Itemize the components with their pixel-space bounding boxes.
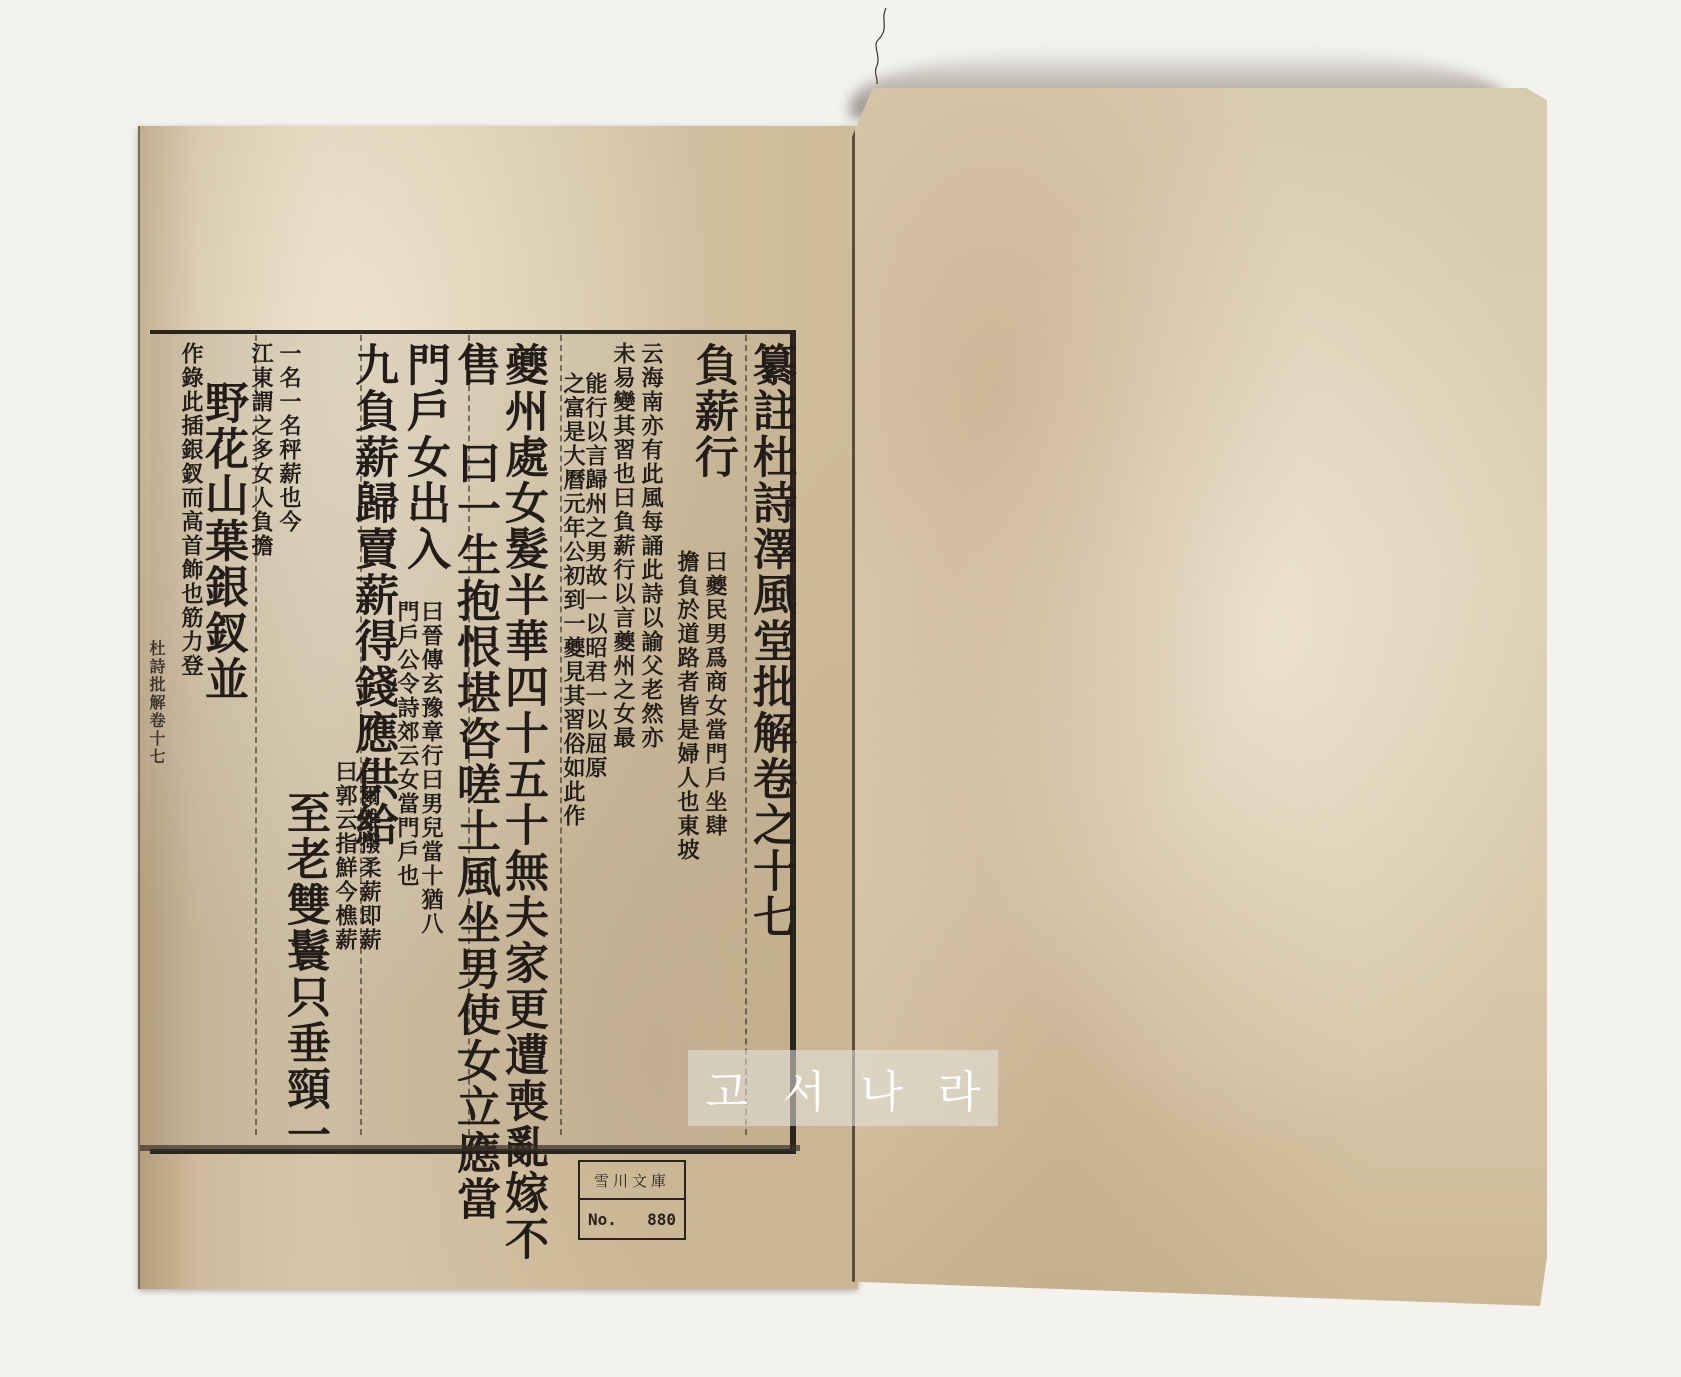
bottom-border-line: [140, 1145, 800, 1151]
text-column: 野花山葉銀釵並: [200, 380, 244, 702]
title-column: 纂註杜詩澤風堂批解卷之十七: [748, 342, 792, 940]
annotation-column: 曰郭云指鮮今樵薪: [334, 760, 356, 952]
annotation-column: 之富是大曆元年公初到一夔見其習俗如此作: [562, 372, 584, 828]
stamp-number-row: No. 880: [580, 1200, 684, 1238]
watermark-char: 고: [705, 1056, 748, 1120]
watermark-char: 나: [860, 1056, 903, 1120]
scene: 纂註杜詩澤風堂批解卷之十七 負薪行 曰夔民男爲商女當門戶坐肆 擔負於道路者皆是婦…: [0, 0, 1681, 1377]
text-column: 曰一生抱恨堪咨嗟土風坐男使女立應當: [452, 440, 496, 1222]
annotation-column: 曰爾雅撥柔薪即薪: [358, 760, 380, 952]
annotation-column: 作錄此插銀釵而高首飾也筋力登: [180, 342, 202, 678]
annotation-column: 曰夔民男爲商女當門戶坐肆: [704, 550, 726, 838]
stamp-library-name: 雪川文庫: [580, 1162, 684, 1200]
watermark-char: 라: [938, 1056, 981, 1120]
annotation-column: 云海南亦有此風每誦此詩以諭父老然亦: [640, 342, 662, 750]
annotation-column: 未易變其習也曰負薪行以言夔州之女最: [612, 342, 634, 750]
watermark: 고 서 나 라: [688, 1050, 998, 1126]
annotation-column: 能行以言歸州之男故一以昭君一以屈原: [584, 372, 606, 780]
watermark-char: 서: [783, 1056, 826, 1120]
stamp-number: 880: [647, 1210, 676, 1229]
annotation-column: 一名一名秤薪也今: [278, 342, 300, 534]
text-column: 門戶女出入: [402, 342, 446, 572]
text-column: 負薪行: [690, 342, 734, 480]
stray-hair: [868, 6, 898, 86]
annotation-column: 擔負於道路者皆是婦人也東坡: [676, 550, 698, 862]
text-column: 至老雙鬟只垂頸一: [282, 790, 326, 1158]
annotation-column: 江東謂之多女人負擔: [250, 342, 272, 558]
text-column: 售: [452, 342, 496, 388]
library-stamp: 雪川文庫 No. 880: [578, 1160, 686, 1240]
annotation-column: 門戶公令詩郊云女當門戶也: [396, 600, 418, 888]
text-column: 夔州處女髮半華四十五十無夫家更遭喪亂嫁不: [500, 342, 544, 1262]
margin-text: 杜詩批解卷十七: [148, 640, 164, 766]
annotation-column: 曰晉傳玄豫章行曰男兒當十猶八: [420, 600, 442, 936]
stamp-number-label: No.: [588, 1210, 617, 1229]
